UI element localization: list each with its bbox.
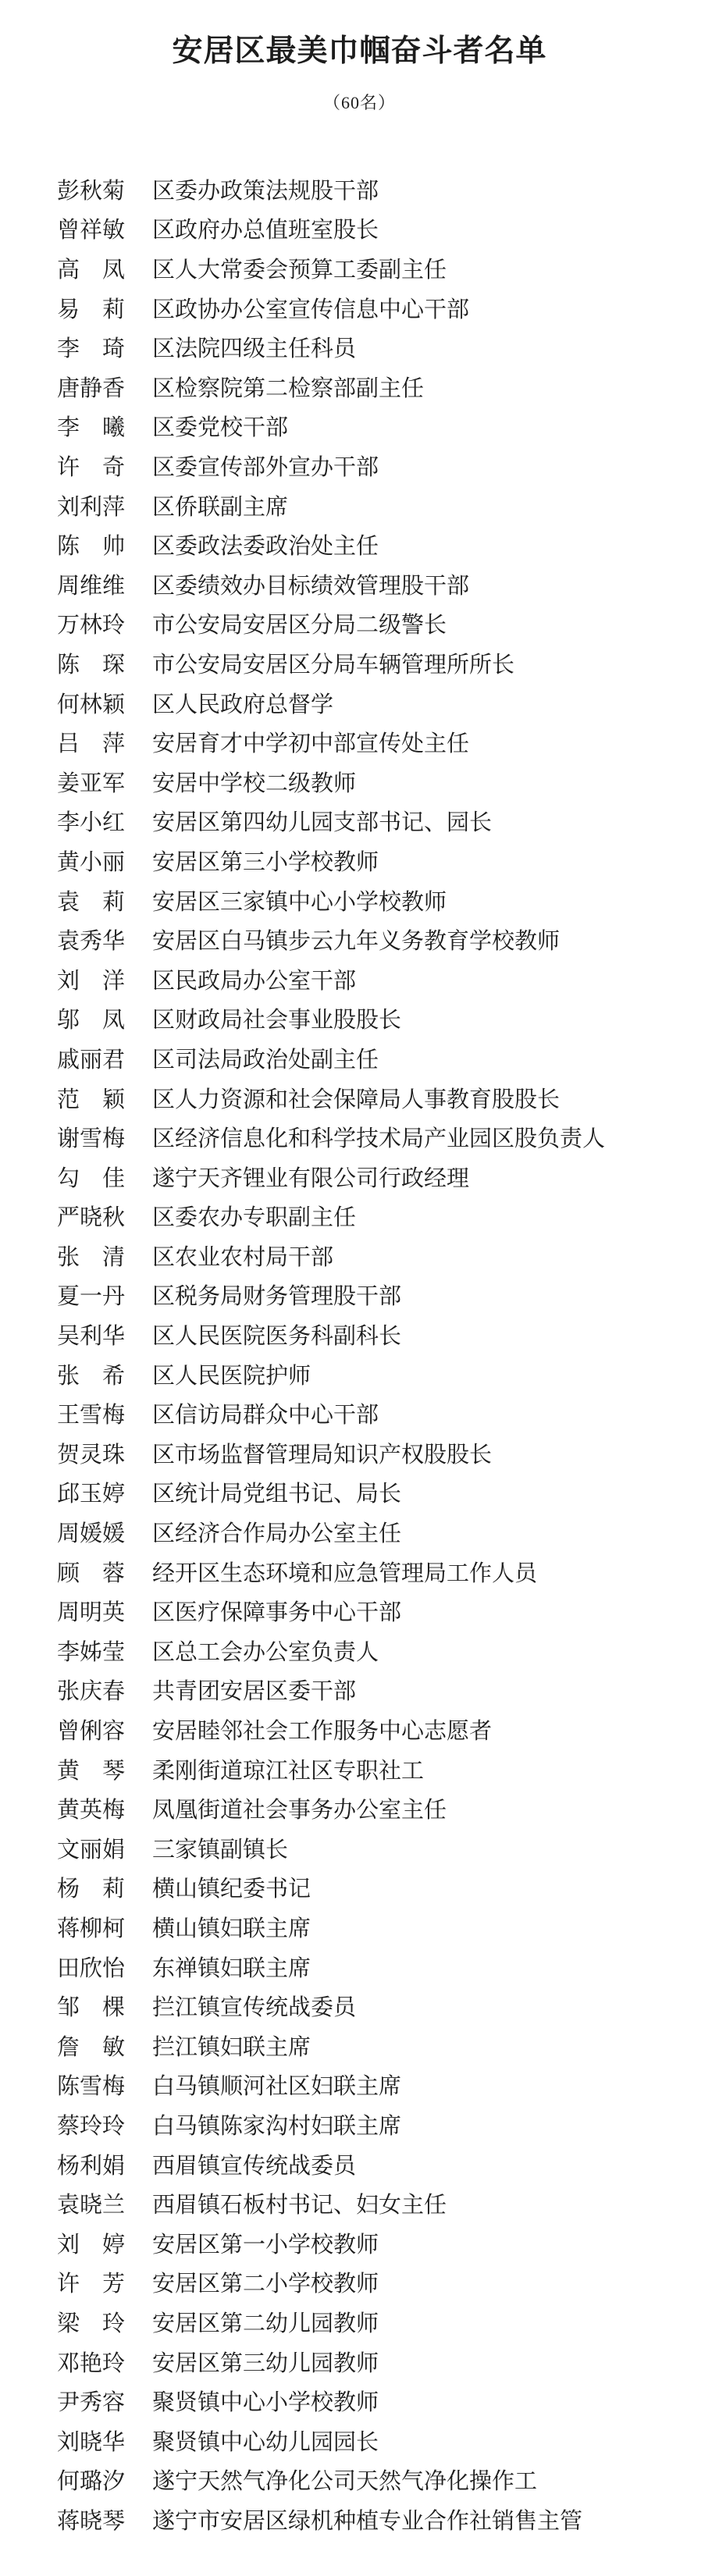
list-item: 邬 凤区财政局社会事业股股长 (0, 1001, 719, 1041)
person-title: 聚贤镇中心小学校教师 (152, 2383, 379, 2423)
person-title: 区农业农村局干部 (152, 1238, 333, 1278)
person-title: 三家镇副镇长 (152, 1831, 288, 1870)
person-name: 李小红 (57, 803, 135, 843)
person-name: 王雪梅 (57, 1396, 135, 1436)
list-item: 文丽娟三家镇副镇长 (0, 1831, 719, 1870)
person-title: 区总工会办公室负责人 (152, 1633, 379, 1673)
person-name: 刘 婷 (57, 2226, 135, 2265)
list-item: 蒋柳柯横山镇妇联主席 (0, 1909, 719, 1949)
person-name: 刘 洋 (57, 962, 135, 1002)
list-item: 蔡玲玲白马镇陈家沟村妇联主席 (0, 2107, 719, 2147)
person-title: 遂宁市安居区绿机种植专业合作社销售主管 (152, 2502, 582, 2542)
person-name: 曾祥敏 (57, 211, 135, 251)
person-name: 陈 琛 (57, 646, 135, 685)
person-title: 区医疗保障事务中心干部 (152, 1593, 401, 1633)
person-title: 遂宁天齐锂业有限公司行政经理 (152, 1159, 469, 1199)
person-title: 区侨联副主席 (152, 488, 288, 528)
list-item: 姜亚军安居中学校二级教师 (0, 764, 719, 804)
person-title: 区人力资源和社会保障局人事教育股股长 (152, 1080, 560, 1120)
list-item: 范 颖区人力资源和社会保障局人事教育股股长 (0, 1080, 719, 1120)
person-name: 尹秀容 (57, 2383, 135, 2423)
list-item: 詹 敏拦江镇妇联主席 (0, 2028, 719, 2068)
person-title: 区信访局群众中心干部 (152, 1396, 379, 1436)
person-title: 安居区第二幼儿园教师 (152, 2304, 379, 2344)
person-title: 安居区第四幼儿园支部书记、园长 (152, 803, 492, 843)
person-name: 邱玉婷 (57, 1475, 135, 1514)
list-item: 张 希区人民医院护师 (0, 1357, 719, 1397)
person-name: 黄小丽 (57, 843, 135, 883)
list-item: 刘晓华聚贤镇中心幼儿园园长 (0, 2423, 719, 2463)
list-item: 李姊莹区总工会办公室负责人 (0, 1633, 719, 1673)
person-title: 区统计局党组书记、局长 (152, 1475, 401, 1514)
person-name: 何林颖 (57, 685, 135, 725)
person-name: 戚丽君 (57, 1041, 135, 1080)
list-item: 陈雪梅白马镇顺河社区妇联主席 (0, 2067, 719, 2107)
person-title: 共青团安居区委干部 (152, 1672, 356, 1712)
document-page: 安居区最美巾帼奋斗者名单 （60名） 彭秋菊区委办政策法规股干部曾祥敏区政府办总… (0, 0, 719, 2576)
person-name: 袁晓兰 (57, 2186, 135, 2226)
list-item: 李小红安居区第四幼儿园支部书记、园长 (0, 803, 719, 843)
list-item: 尹秀容聚贤镇中心小学校教师 (0, 2383, 719, 2423)
list-item: 王雪梅区信访局群众中心干部 (0, 1396, 719, 1436)
person-name: 万林玲 (57, 606, 135, 646)
person-name: 陈 帅 (57, 527, 135, 567)
person-title: 白马镇陈家沟村妇联主席 (152, 2107, 401, 2147)
person-title: 区委宣传部外宣办干部 (152, 448, 379, 488)
list-item: 何璐汐遂宁天然气净化公司天然气净化操作工 (0, 2462, 719, 2502)
person-name: 梁 玲 (57, 2304, 135, 2344)
list-item: 周明英区医疗保障事务中心干部 (0, 1593, 719, 1633)
list-item: 戚丽君区司法局政治处副主任 (0, 1041, 719, 1080)
person-name: 刘晓华 (57, 2423, 135, 2463)
person-name: 姜亚军 (57, 764, 135, 804)
person-name: 唐静香 (57, 369, 135, 409)
person-title: 市公安局安居区分局车辆管理所所长 (152, 646, 514, 685)
list-item: 夏一丹区税务局财务管理股干部 (0, 1277, 719, 1317)
list-item: 周媛媛区经济合作局办公室主任 (0, 1514, 719, 1554)
person-name: 曾俐容 (57, 1712, 135, 1752)
person-name: 高 凤 (57, 251, 135, 290)
honoree-list: 彭秋菊区委办政策法规股干部曾祥敏区政府办总值班室股长高 凤区人大常委会预算工委副… (0, 172, 719, 2542)
person-name: 张 清 (57, 1238, 135, 1278)
person-title: 区委政法委政治处主任 (152, 527, 379, 567)
person-name: 范 颖 (57, 1080, 135, 1120)
person-title: 柔刚街道琼江社区专职社工 (152, 1752, 424, 1791)
list-item: 张 清区农业农村局干部 (0, 1238, 719, 1278)
person-title: 区经济合作局办公室主任 (152, 1514, 401, 1554)
list-item: 张庆春共青团安居区委干部 (0, 1672, 719, 1712)
list-item: 黄小丽安居区第三小学校教师 (0, 843, 719, 883)
list-item: 万林玲市公安局安居区分局二级警长 (0, 606, 719, 646)
person-title: 西眉镇石板村书记、妇女主任 (152, 2186, 447, 2226)
person-name: 周媛媛 (57, 1514, 135, 1554)
person-title: 横山镇纪委书记 (152, 1870, 311, 1909)
person-name: 邹 棵 (57, 1988, 135, 2028)
person-title: 东禅镇妇联主席 (152, 1949, 311, 1989)
list-item: 梁 玲安居区第二幼儿园教师 (0, 2304, 719, 2344)
page-subtitle: （60名） (0, 90, 719, 114)
person-name: 陈雪梅 (57, 2067, 135, 2107)
list-item: 许 奇区委宣传部外宣办干部 (0, 448, 719, 488)
person-name: 易 莉 (57, 290, 135, 330)
list-item: 邱玉婷区统计局党组书记、局长 (0, 1475, 719, 1514)
list-item: 唐静香区检察院第二检察部副主任 (0, 369, 719, 409)
list-item: 黄 琴柔刚街道琼江社区专职社工 (0, 1752, 719, 1791)
person-title: 安居区第二小学校教师 (152, 2265, 379, 2304)
person-title: 区人民医院护师 (152, 1357, 311, 1397)
person-name: 周明英 (57, 1593, 135, 1633)
person-name: 田欣怡 (57, 1949, 135, 1989)
person-name: 邬 凤 (57, 1001, 135, 1041)
person-title: 区委党校干部 (152, 408, 288, 448)
person-name: 许 芳 (57, 2265, 135, 2304)
person-title: 拦江镇妇联主席 (152, 2028, 311, 2068)
person-title: 区法院四级主任科员 (152, 329, 356, 369)
list-item: 陈 琛市公安局安居区分局车辆管理所所长 (0, 646, 719, 685)
person-name: 严晓秋 (57, 1198, 135, 1238)
person-name: 袁 莉 (57, 883, 135, 923)
person-title: 安居睦邻社会工作服务中心志愿者 (152, 1712, 492, 1752)
person-title: 区民政局办公室干部 (152, 962, 356, 1002)
person-name: 许 奇 (57, 448, 135, 488)
person-name: 刘利萍 (57, 488, 135, 528)
person-name: 夏一丹 (57, 1277, 135, 1317)
person-name: 邓艳玲 (57, 2344, 135, 2384)
person-title: 经开区生态环境和应急管理局工作人员 (152, 1554, 537, 1594)
person-name: 谢雪梅 (57, 1119, 135, 1159)
person-name: 李 琦 (57, 329, 135, 369)
list-item: 许 芳安居区第二小学校教师 (0, 2265, 719, 2304)
list-item: 吕 萍安居育才中学初中部宣传处主任 (0, 724, 719, 764)
list-item: 周维维区委绩效办目标绩效管理股干部 (0, 567, 719, 607)
list-item: 刘利萍区侨联副主席 (0, 488, 719, 528)
list-item: 吴利华区人民医院医务科副科长 (0, 1317, 719, 1357)
person-name: 蔡玲玲 (57, 2107, 135, 2147)
person-title: 遂宁天然气净化公司天然气净化操作工 (152, 2462, 537, 2502)
person-title: 区司法局政治处副主任 (152, 1041, 379, 1080)
person-title: 区委农办专职副主任 (152, 1198, 356, 1238)
person-title: 安居区第一小学校教师 (152, 2226, 379, 2265)
person-title: 区人民政府总督学 (152, 685, 333, 725)
person-name: 何璐汐 (57, 2462, 135, 2502)
list-item: 刘 洋区民政局办公室干部 (0, 962, 719, 1002)
list-item: 刘 婷安居区第一小学校教师 (0, 2226, 719, 2265)
person-title: 西眉镇宣传统战委员 (152, 2147, 356, 2186)
person-name: 李姊莹 (57, 1633, 135, 1673)
list-item: 顾 蓉经开区生态环境和应急管理局工作人员 (0, 1554, 719, 1594)
person-name: 勾 佳 (57, 1159, 135, 1199)
person-title: 拦江镇宣传统战委员 (152, 1988, 356, 2028)
person-name: 吕 萍 (57, 724, 135, 764)
page-title: 安居区最美巾帼奋斗者名单 (0, 0, 719, 69)
list-item: 彭秋菊区委办政策法规股干部 (0, 172, 719, 212)
list-item: 谢雪梅区经济信息化和科学技术局产业园区股负责人 (0, 1119, 719, 1159)
person-title: 白马镇顺河社区妇联主席 (152, 2067, 401, 2107)
person-title: 凤凰街道社会事务办公室主任 (152, 1791, 447, 1831)
person-title: 安居区三家镇中心小学校教师 (152, 883, 447, 923)
person-name: 袁秀华 (57, 922, 135, 962)
person-title: 区人民医院医务科副科长 (152, 1317, 401, 1357)
person-name: 蒋晓琴 (57, 2502, 135, 2542)
person-name: 杨利娟 (57, 2147, 135, 2186)
person-name: 张庆春 (57, 1672, 135, 1712)
person-name: 张 希 (57, 1357, 135, 1397)
list-item: 袁晓兰西眉镇石板村书记、妇女主任 (0, 2186, 719, 2226)
list-item: 蒋晓琴遂宁市安居区绿机种植专业合作社销售主管 (0, 2502, 719, 2542)
person-name: 周维维 (57, 567, 135, 607)
person-title: 区人大常委会预算工委副主任 (152, 251, 447, 290)
list-item: 易 莉区政协办公室宣传信息中心干部 (0, 290, 719, 330)
person-title: 区政府办总值班室股长 (152, 211, 379, 251)
person-name: 黄英梅 (57, 1791, 135, 1831)
person-name: 杨 莉 (57, 1870, 135, 1909)
person-title: 区检察院第二检察部副主任 (152, 369, 424, 409)
list-item: 贺灵珠区市场监督管理局知识产权股股长 (0, 1436, 719, 1475)
person-title: 区税务局财务管理股干部 (152, 1277, 401, 1317)
list-item: 何林颖区人民政府总督学 (0, 685, 719, 725)
person-name: 彭秋菊 (57, 172, 135, 212)
person-title: 区政协办公室宣传信息中心干部 (152, 290, 469, 330)
person-name: 李 曦 (57, 408, 135, 448)
person-title: 安居育才中学初中部宣传处主任 (152, 724, 469, 764)
list-item: 杨 莉横山镇纪委书记 (0, 1870, 719, 1909)
person-name: 詹 敏 (57, 2028, 135, 2068)
list-item: 黄英梅凤凰街道社会事务办公室主任 (0, 1791, 719, 1831)
person-title: 市公安局安居区分局二级警长 (152, 606, 447, 646)
person-title: 区财政局社会事业股股长 (152, 1001, 401, 1041)
list-item: 曾祥敏区政府办总值班室股长 (0, 211, 719, 251)
person-title: 区委办政策法规股干部 (152, 172, 379, 212)
person-name: 蒋柳柯 (57, 1909, 135, 1949)
list-item: 高 凤区人大常委会预算工委副主任 (0, 251, 719, 290)
list-item: 杨利娟西眉镇宣传统战委员 (0, 2147, 719, 2186)
person-name: 黄 琴 (57, 1752, 135, 1791)
list-item: 陈 帅区委政法委政治处主任 (0, 527, 719, 567)
person-title: 区委绩效办目标绩效管理股干部 (152, 567, 469, 607)
list-item: 李 琦区法院四级主任科员 (0, 329, 719, 369)
list-item: 邹 棵拦江镇宣传统战委员 (0, 1988, 719, 2028)
list-item: 袁秀华安居区白马镇步云九年义务教育学校教师 (0, 922, 719, 962)
list-item: 邓艳玲安居区第三幼儿园教师 (0, 2344, 719, 2384)
person-name: 贺灵珠 (57, 1436, 135, 1475)
list-item: 李 曦区委党校干部 (0, 408, 719, 448)
person-title: 区市场监督管理局知识产权股股长 (152, 1436, 492, 1475)
person-title: 聚贤镇中心幼儿园园长 (152, 2423, 379, 2463)
person-title: 安居区白马镇步云九年义务教育学校教师 (152, 922, 560, 962)
list-item: 田欣怡东禅镇妇联主席 (0, 1949, 719, 1989)
person-title: 安居区第三幼儿园教师 (152, 2344, 379, 2384)
person-title: 安居区第三小学校教师 (152, 843, 379, 883)
person-title: 横山镇妇联主席 (152, 1909, 311, 1949)
person-name: 文丽娟 (57, 1831, 135, 1870)
list-item: 袁 莉安居区三家镇中心小学校教师 (0, 883, 719, 923)
list-item: 曾俐容安居睦邻社会工作服务中心志愿者 (0, 1712, 719, 1752)
person-title: 区经济信息化和科学技术局产业园区股负责人 (152, 1119, 605, 1159)
person-title: 安居中学校二级教师 (152, 764, 356, 804)
list-item: 严晓秋区委农办专职副主任 (0, 1198, 719, 1238)
person-name: 吴利华 (57, 1317, 135, 1357)
person-name: 顾 蓉 (57, 1554, 135, 1594)
list-item: 勾 佳遂宁天齐锂业有限公司行政经理 (0, 1159, 719, 1199)
